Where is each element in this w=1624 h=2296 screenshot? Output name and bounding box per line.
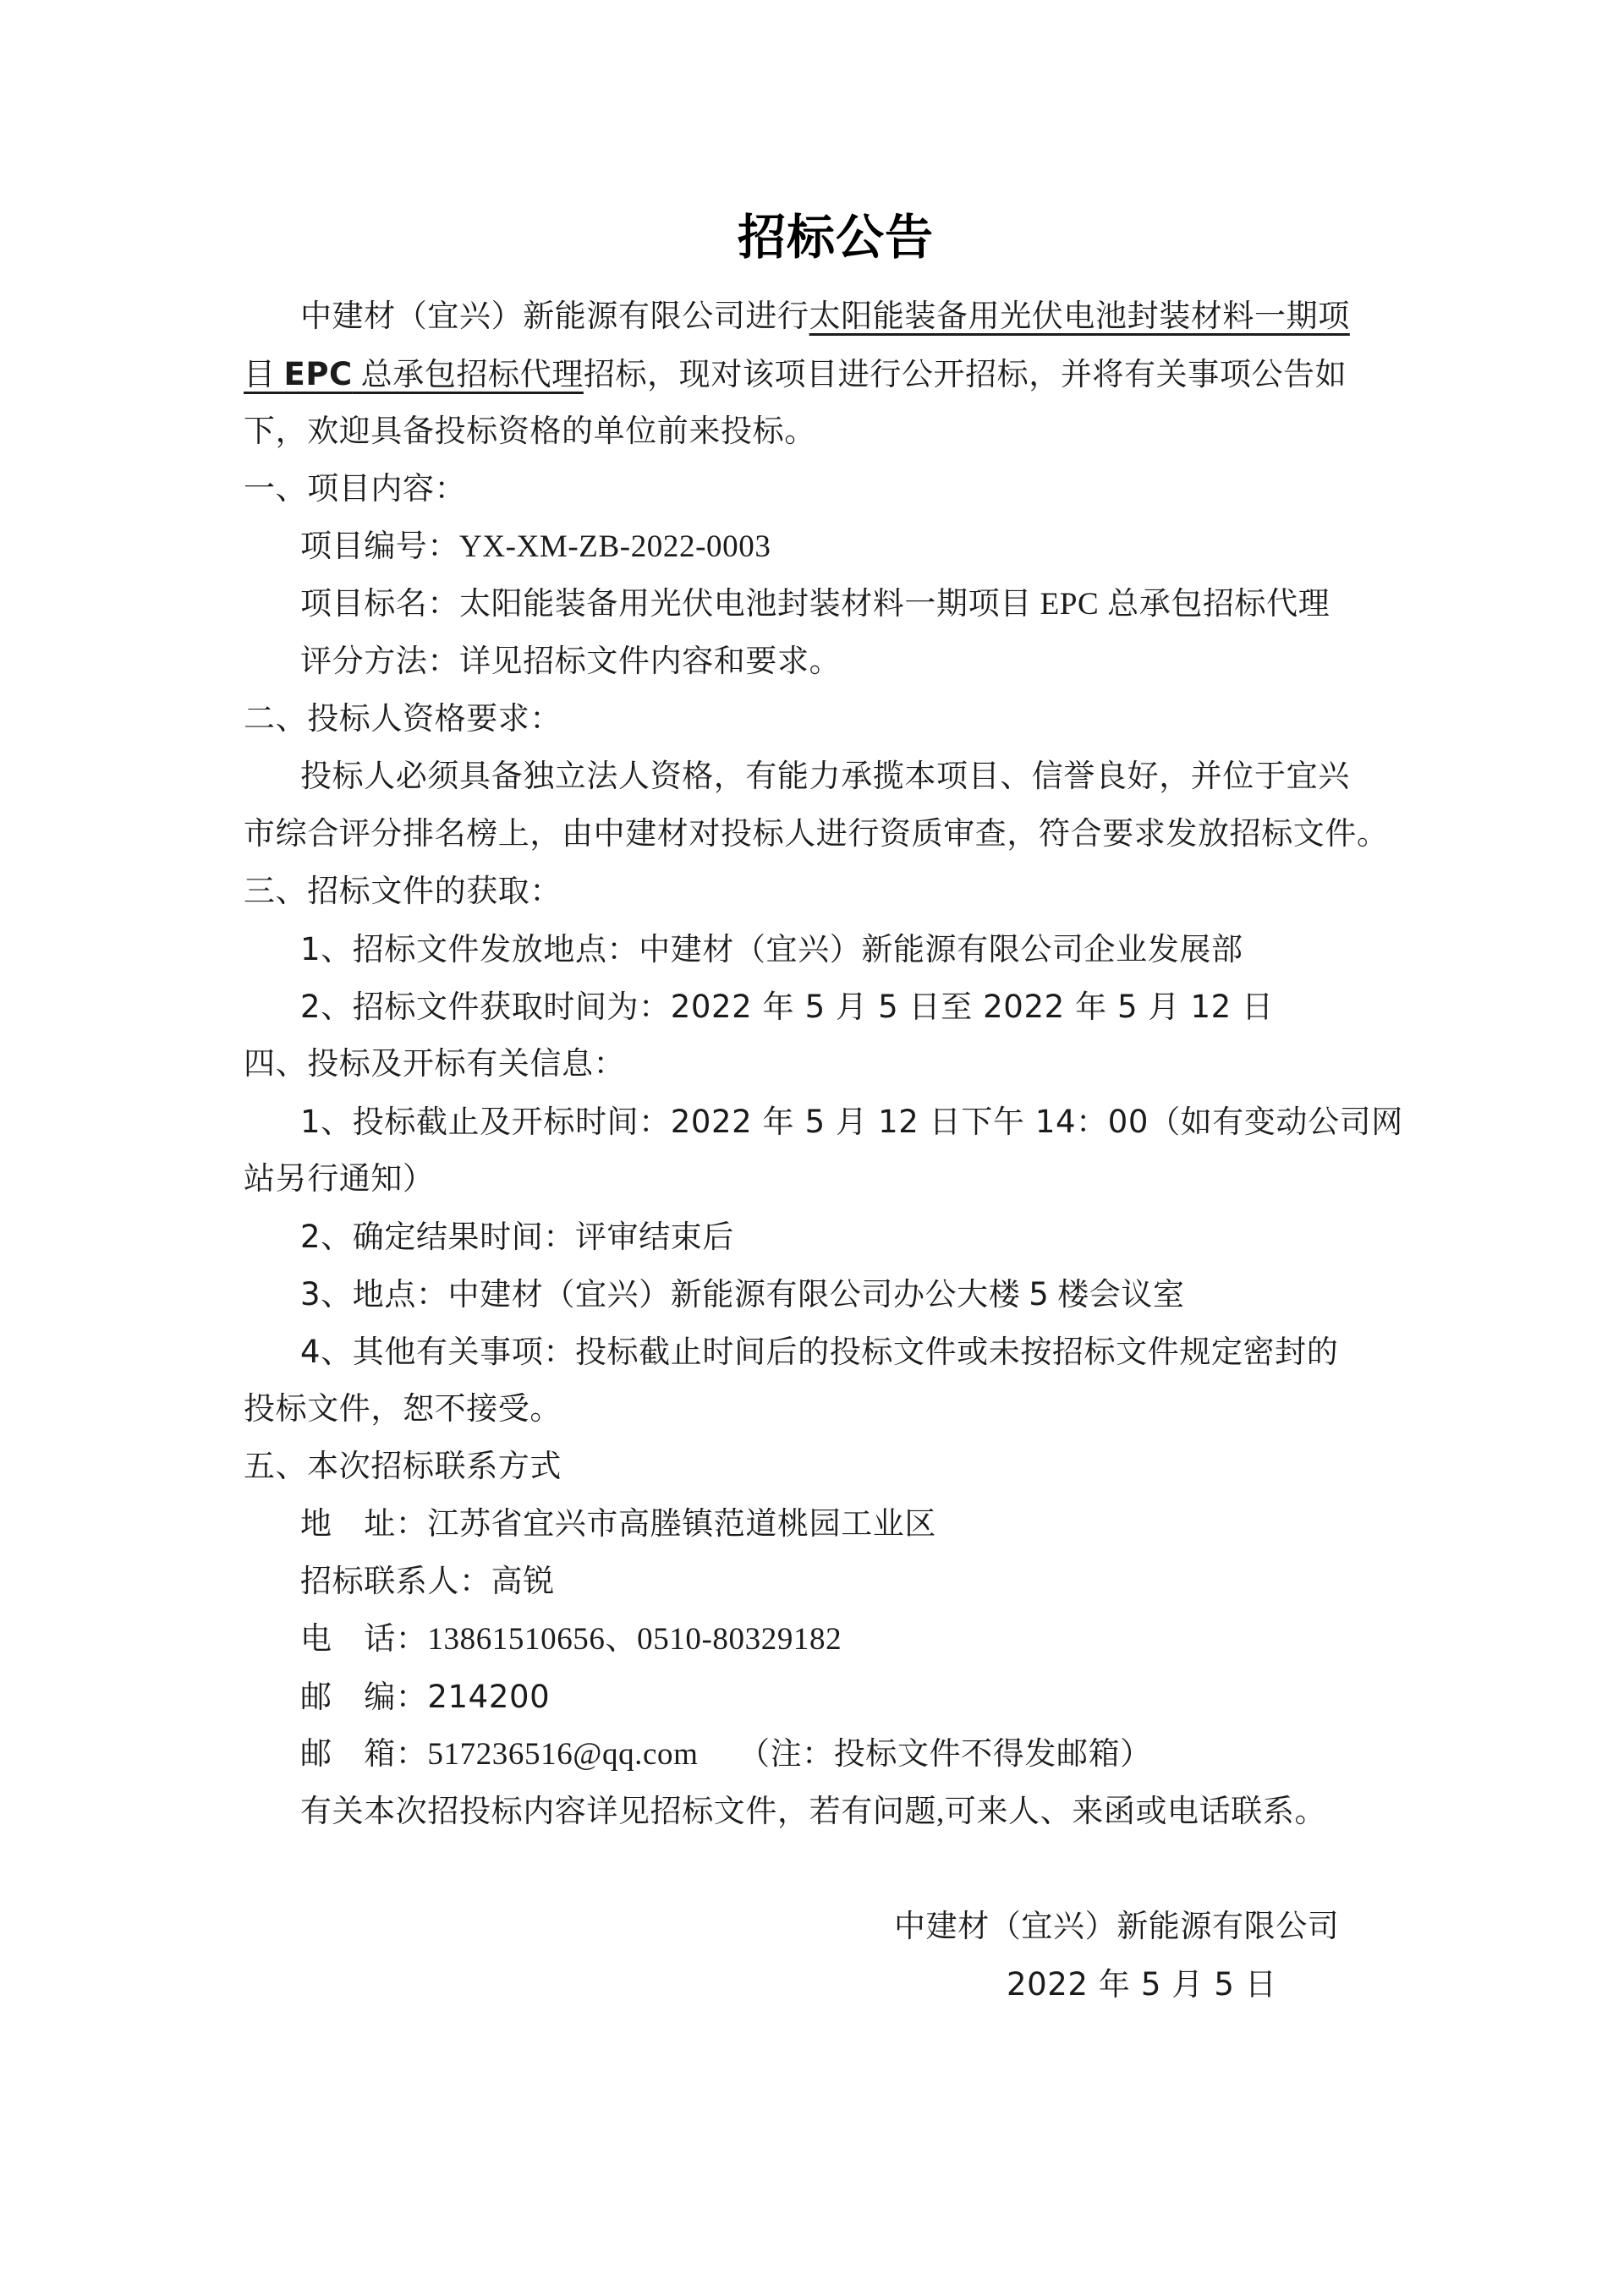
text-run: 站另行通知） [244, 1162, 435, 1197]
text-run: 项目标名：太阳能装备用光伏电池封装材料一期项目 EPC 总承包招标代理 [300, 587, 1330, 622]
underlined-project-name: 太阳能装备用光伏电池封装材料一期项 [809, 299, 1350, 334]
item-number: 1、 [300, 1104, 353, 1140]
field-scoring-method: 评分方法：详见招标文件内容和要求。 [300, 633, 841, 691]
text-run: 投标截止及开标时间： [353, 1105, 671, 1140]
text-run: 2022 年 5 月 5 日 [1007, 1966, 1276, 2003]
text-run: 楼会议室 [1049, 1278, 1184, 1312]
text-run: 招标，现对该项目进行公开招标，并将有关事项公告如 [584, 358, 1347, 392]
field-email: 邮 箱：517236516@qq.com （注：投标文件不得发邮箱） [300, 1726, 1152, 1784]
text-run: （如有变动公司网 [1149, 1105, 1403, 1140]
text-run: 评分方法：详见招标文件内容和要求。 [300, 644, 841, 679]
section-5-heading: 五、本次招标联系方式 [244, 1438, 562, 1496]
qualification-line-2: 市综合评分排名榜上，由中建材对投标人进行资质审查，符合要求发放招标文件。 [244, 806, 1389, 863]
section-4-heading: 四、投标及开标有关信息： [244, 1036, 625, 1093]
text-run: 招标文件获取时间为： [353, 990, 671, 1025]
item-other-line-2: 投标文件，恕不接受。 [244, 1381, 562, 1438]
text-run: 三、招标文件的获取： [244, 874, 562, 909]
field-address: 地 址：江苏省宜兴市高塍镇范道桃园工业区 [300, 1496, 936, 1553]
text-run: 招标联系人：高锐 [300, 1564, 555, 1599]
intro-line-1: 中建材（宜兴）新能源有限公司进行太阳能装备用光伏电池封装材料一期项 [300, 288, 1350, 346]
underlined-project-name: 目 [244, 358, 283, 392]
item-other-line-1: 4、其他有关事项：投标截止时间后的投标文件或未按招标文件规定密封的 [300, 1323, 1338, 1381]
item-number: 4、 [300, 1334, 353, 1370]
text-run: 五、本次招标联系方式 [244, 1449, 562, 1484]
intro-line-2: 目 EPC 总承包招标代理招标，现对该项目进行公开招标，并将有关事项公告如 [244, 346, 1347, 403]
item-deadline-line-1: 1、投标截止及开标时间：2022 年 5 月 12 日下午 14：00（如有变动… [300, 1093, 1403, 1151]
text-run: 地 址：江苏省宜兴市高塍镇范道桃园工业区 [300, 1507, 936, 1542]
field-contact-person: 招标联系人：高锐 [300, 1553, 555, 1611]
item-result-time: 2、确定结果时间：评审结束后 [300, 1208, 734, 1266]
text-run: 有关本次招投标内容详见招标文件，若有问题,可来人、来函或电话联系。 [300, 1795, 1326, 1829]
datetime-run: 2022 年 5 月 12 日下午 14：00 [671, 1104, 1149, 1140]
underlined-epc-run: EPC [283, 356, 352, 392]
intro-line-3: 下，欢迎具备投标资格的单位前来投标。 [244, 403, 816, 461]
text-run: 中建材（宜兴）新能源有限公司进行 [300, 299, 809, 334]
text-run: 投标文件，恕不接受。 [244, 1392, 562, 1427]
item-number: 2、 [300, 1219, 353, 1255]
text-run: 其他有关事项：投标截止时间后的投标文件或未按招标文件规定密封的 [353, 1335, 1339, 1370]
text-run: 四、投标及开标有关信息： [244, 1047, 625, 1082]
item-number: 1、 [300, 931, 353, 967]
signature-date: 2022 年 5 月 5 日 [1007, 1956, 1276, 2014]
text-run: 中建材（宜兴）新能源有限公司 [894, 1910, 1339, 1944]
field-postal-code: 邮 编：214200 [300, 1669, 550, 1726]
postal-code-number: 214200 [427, 1679, 550, 1715]
item-document-period: 2、招标文件获取时间为：2022 年 5 月 5 日至 2022 年 5 月 1… [300, 978, 1274, 1036]
text-run: 邮 箱：517236516@qq.com （注：投标文件不得发邮箱） [300, 1737, 1152, 1772]
text-run: 招标文件发放地点：中建材（宜兴）新能源有限公司企业发展部 [353, 933, 1243, 967]
text-run: 地点：中建材（宜兴）新能源有限公司办公大楼 [353, 1278, 1029, 1312]
qualification-line-1: 投标人必须具备独立法人资格，有能力承揽本项目、信誉良好，并位于宜兴 [300, 748, 1350, 806]
document-title: 招标公告 [738, 209, 934, 266]
text-run: 项目编号：YX-XM-ZB-2022-0003 [300, 529, 771, 564]
section-2-heading: 二、投标人资格要求： [244, 691, 562, 748]
item-number: 3、 [300, 1276, 353, 1312]
item-location: 3、地点：中建材（宜兴）新能源有限公司办公大楼 5 楼会议室 [300, 1266, 1185, 1323]
text-run: 邮 编： [300, 1680, 427, 1715]
date-range-run: 2022 年 5 月 5 日至 2022 年 5 月 12 日 [671, 989, 1274, 1025]
text-run: 投标人必须具备独立法人资格，有能力承揽本项目、信誉良好，并位于宜兴 [300, 759, 1350, 794]
item-number: 2、 [300, 989, 353, 1025]
field-phone: 电 话：13861510656、0510-80329182 [300, 1611, 842, 1669]
document-page: 招标公告 中建材（宜兴）新能源有限公司进行太阳能装备用光伏电池封装材料一期项 目… [0, 0, 1624, 2296]
item-deadline-line-2: 站另行通知） [244, 1151, 435, 1208]
text-run: 确定结果时间：评审结束后 [353, 1220, 734, 1255]
floor-number: 5 [1029, 1276, 1049, 1312]
text-run: 下，欢迎具备投标资格的单位前来投标。 [244, 414, 816, 449]
field-project-number: 项目编号：YX-XM-ZB-2022-0003 [300, 518, 771, 576]
text-run: 二、投标人资格要求： [244, 702, 562, 737]
text-run: 一、项目内容： [244, 472, 466, 507]
section-1-heading: 一、项目内容： [244, 461, 466, 518]
field-project-title: 项目标名：太阳能装备用光伏电池封装材料一期项目 EPC 总承包招标代理 [300, 576, 1330, 633]
text-run: 电 话：13861510656、0510-80329182 [300, 1622, 842, 1657]
item-document-location: 1、招标文件发放地点：中建材（宜兴）新能源有限公司企业发展部 [300, 921, 1243, 978]
section-3-heading: 三、招标文件的获取： [244, 863, 562, 921]
underlined-project-name: 总承包招标代理 [353, 358, 584, 392]
closing-note: 有关本次招投标内容详见招标文件，若有问题,可来人、来函或电话联系。 [300, 1784, 1326, 1841]
signature-company: 中建材（宜兴）新能源有限公司 [894, 1899, 1339, 1956]
text-run: 市综合评分排名榜上，由中建材对投标人进行资质审查，符合要求发放招标文件。 [244, 817, 1389, 852]
